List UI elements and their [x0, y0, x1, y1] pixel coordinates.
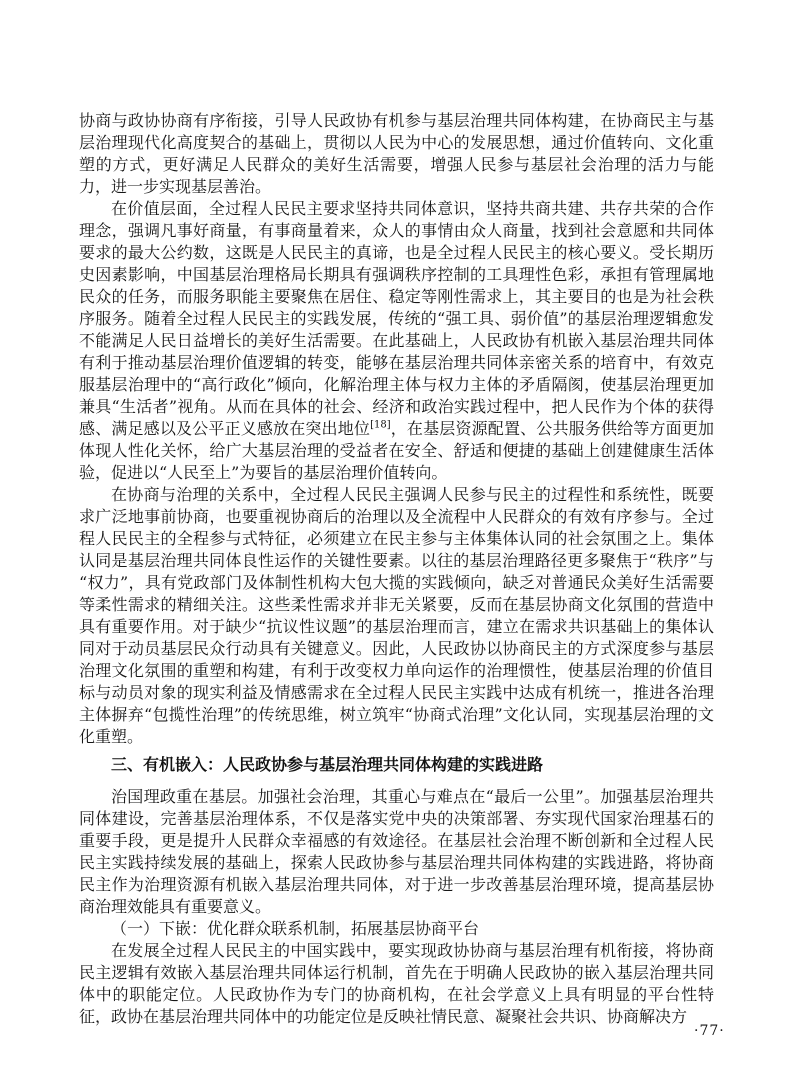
- subsection-heading: （一）下嵌：优化群众联系机制，拓展基层协商平台: [79, 918, 714, 940]
- paragraph-embedding-practice: 在发展全过程人民民主的中国实践中，要实现政协协商与基层治理有机衔接，将协商民主逻…: [79, 940, 714, 1028]
- article-text-block: 协商与政协协商有序衔接，引导人民政协有机参与基层治理共同体构建，在协商民主与基层…: [79, 110, 714, 1028]
- page-number: ·77·: [694, 1023, 725, 1039]
- section-heading: 三、有机嵌入：人民政协参与基层治理共同体构建的实践进路: [79, 754, 714, 776]
- paragraph-value-dimension: 在价值层面，全过程人民民主要求坚持共同体意识，坚持共商共建、共存共荣的合作理念，…: [79, 198, 714, 484]
- paragraph-continuation: 协商与政协协商有序衔接，引导人民政协有机参与基层治理共同体构建，在协商民主与基层…: [79, 110, 714, 198]
- paragraph-text: 在价值层面，全过程人民民主要求坚持共同体意识，坚持共商共建、共存共荣的合作理念，…: [79, 199, 714, 438]
- document-page: 协商与政协协商有序衔接，引导人民政协有机参与基层治理共同体构建，在协商民主与基层…: [0, 0, 793, 1077]
- citation-ref-18: [18]: [370, 420, 391, 431]
- paragraph-consultation-governance: 在协商与治理的关系中，全过程人民民主强调人民参与民主的过程性和系统性，既要求广泛…: [79, 484, 714, 748]
- paragraph-grassroots-governance: 治国理政重在基层。加强社会治理，其重心与难点在“最后一公里”。加强基层治理共同体…: [79, 786, 714, 918]
